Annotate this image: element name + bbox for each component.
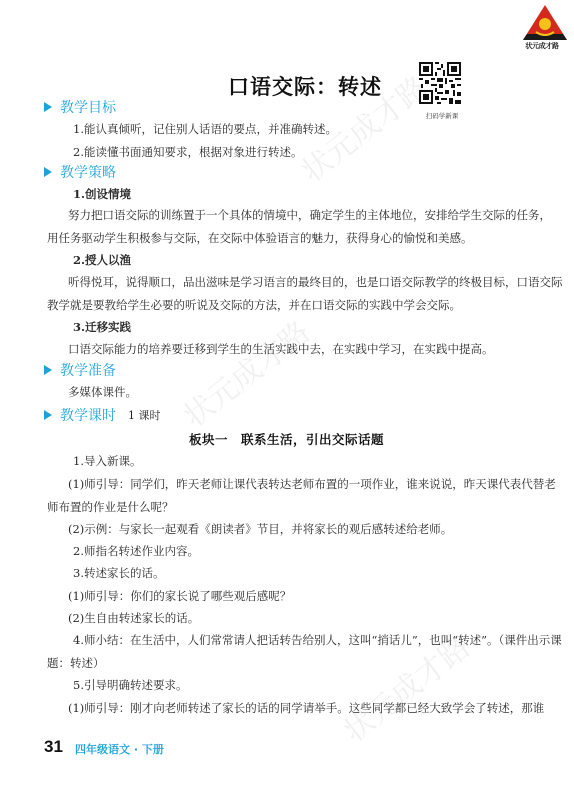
logo-text: 状元成才路 [514, 41, 570, 51]
goal-item: 1.能认真倾听，记住别人话语的要点，并准确转述。 [73, 121, 337, 137]
prep-content: 多媒体课件。 [68, 384, 137, 400]
qr-caption: 扫码学新课 [418, 111, 466, 120]
goal-item: 2.能读懂书面通知要求，根据对象进行转述。 [73, 144, 302, 160]
process-line: (1)师引导：你们的家长说了哪些观后感呢？ [68, 588, 291, 604]
process-line: 2.师指名转述作业内容。 [73, 543, 199, 559]
book-title: 四年级语文 · 下册 [75, 741, 164, 757]
section-hours-heading: 教学课时 1 课时 [44, 405, 161, 425]
section-heading-text: 教学课时 [60, 405, 116, 425]
strategy-text: 教学就是要教给学生必要的听说及交际的方法，并在口语交际的实践中学会交际。 [47, 297, 461, 313]
section-goals-heading: 教学目标 [44, 97, 116, 117]
block-title: 板块一 联系生活，引出交际话题 [189, 430, 384, 448]
strategy-subtitle: 2.授人以渔 [73, 252, 131, 268]
triangle-bullet-icon [44, 102, 52, 112]
process-line: (1)师引导：同学们，昨天老师让课代表转达老师布置的一项作业，谁来说说，昨天课代… [68, 476, 556, 492]
section-heading-text: 教学目标 [60, 97, 116, 117]
process-line: 5.引导明确转述要求。 [73, 677, 187, 693]
section-prep-heading: 教学准备 [44, 360, 116, 380]
strategy-text: 口语交际能力的培养要迁移到学生的生活实践中去，在实践中学习，在实践中提高。 [68, 341, 494, 357]
process-line: 3.转述家长的话。 [73, 565, 164, 581]
process-line: (2)生自由转述家长的话。 [68, 610, 199, 626]
strategy-text: 听得悦耳，说得顺口，品出滋味是学习语言的最终目的，也是口语交际教学的终极目标，口… [68, 274, 563, 290]
process-line: 4.师小结：在生活中，人们常常请人把话转告给别人，这叫“捎话儿”，也叫“转述”。… [73, 632, 562, 648]
strategy-text: 努力把口语交际的训练置于一个具体的情境中，确定学生的主体地位，安排给学生交际的任… [68, 207, 551, 223]
process-line: 题：转述） [47, 655, 105, 671]
logo-triangle-icon [522, 4, 568, 44]
strategy-subtitle: 1.创设情境 [73, 186, 131, 202]
section-heading-text: 教学准备 [60, 360, 116, 380]
section-strategy-heading: 教学策略 [44, 162, 116, 182]
strategy-text: 用任务驱动学生积极参与交际，在交际中体验语言的魅力，获得身心的愉悦和美感。 [47, 230, 473, 246]
process-line: 1.导入新课。 [73, 453, 141, 469]
page-number: 31 [44, 737, 63, 757]
page-title: 口语交际：转述 [228, 71, 382, 101]
triangle-bullet-icon [44, 410, 52, 420]
section-heading-text: 教学策略 [60, 162, 116, 182]
process-line: 师布置的作业是什么呢？ [47, 499, 174, 515]
triangle-bullet-icon [44, 365, 52, 375]
triangle-bullet-icon [44, 167, 52, 177]
strategy-subtitle: 3.迁移实践 [73, 319, 131, 335]
watermark: 状元成才路 [172, 308, 317, 435]
process-line: (2)示例：与家长一起观看《朗读者》节目，并将家长的观后感转述给老师。 [68, 521, 452, 537]
hours-value: 1 课时 [128, 407, 161, 423]
process-line: (1)师引导：刚才向老师转述了家长的话的同学请举手。这些同学都已经大致学会了转述… [68, 700, 544, 716]
